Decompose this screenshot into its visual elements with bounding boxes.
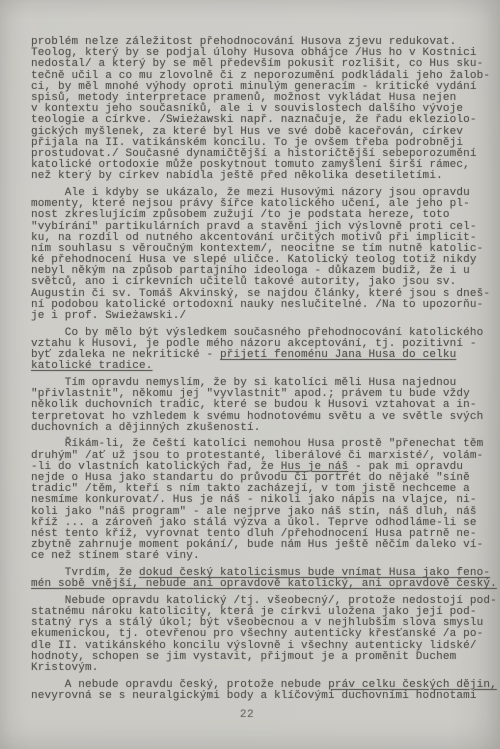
paragraph: problém nelze záležitost přehodnocování … (31, 37, 497, 182)
text-line: hodnoty, schopen se jim vystavit, přijmo… (31, 652, 497, 663)
text-segment: druhým" /ať už jsou to protestanté, libe… (31, 450, 483, 462)
text-segment: gických myšlenek, za které byl Hus ve sv… (31, 126, 463, 138)
text-segment: je i prof. Swieżawski./ (31, 310, 186, 322)
paragraph: Nebude opravdu katolický /tj. všeobecný/… (31, 596, 497, 674)
text-segment: Co by mělo být výsledkem současného přeh… (31, 327, 483, 339)
text-segment: - pak mi opravdu (348, 461, 463, 473)
text-segment: dle II. vatikánského koncilu výslovně i … (31, 640, 477, 652)
text-segment: -li do vlastních katolických řad, že (31, 461, 281, 473)
text-segment: tečně učil a co mu zlovolně či z neporoz… (31, 70, 490, 82)
text-segment: nedostal/ a který by se měl především po… (31, 58, 483, 70)
paragraph: Co by mělo být výsledkem současného přeh… (31, 328, 497, 373)
underlined-text: katolické tradice. (31, 360, 153, 372)
text-segment: terpretovat ho vzhledem k svému hodnotov… (31, 411, 483, 423)
underlined-text: přijetí fenoménu Jana Husa do celku (220, 349, 456, 361)
text-segment: Nebude opravdu katolický /tj. všeobecný/… (31, 595, 497, 607)
text-segment: Kristovým. (31, 662, 99, 674)
paragraph: Ale i kdyby se ukázalo, že mezi Husovými… (31, 188, 497, 322)
text-line: ce než stínem staré viny. (31, 551, 497, 562)
text-segment: "vybírání" partikulárních pravd a stavěn… (31, 221, 477, 233)
underlined-text: mén sobě vnější, nebude ani opravdově ka… (31, 578, 497, 590)
text-segment: ekumenickou, tj. otevřenou pro všechny a… (31, 628, 483, 640)
text-line: katolické tradice. (31, 361, 497, 372)
paragraph: Říkám-li, že čeští katolíci nemohou Husa… (31, 439, 497, 562)
text-segment: teologie a církve. /Swieżawski např. naz… (31, 114, 477, 126)
paragraph: Tvrdím, že dokud český katolicismus bude… (31, 568, 497, 590)
text-segment: koli jako "náš program" - ale nejprve ja… (31, 506, 477, 518)
text-segment: duchovních a dějinných zkušeností. (31, 422, 261, 434)
text-segment: A nebude opravdu český, protože nebude (31, 679, 328, 691)
text-segment: kříž ... a zároveň jako stálá výzva a úk… (31, 517, 477, 529)
underlined-text: Hus je náš (281, 461, 349, 473)
scanned-document-page: problém nelze záležitost přehodnocování … (0, 0, 500, 749)
paragraph: Tím opravdu nemyslím, že by si katolíci … (31, 378, 497, 434)
text-line: je i prof. Swieżawski./ (31, 311, 497, 322)
page-text: problém nelze záležitost přehodnocování … (31, 37, 497, 708)
text-segment: než který by církev nabídla ještě před n… (31, 170, 443, 182)
text-segment: přijala na II. vatikánském koncilu. To j… (31, 137, 463, 149)
text-segment: nevyrovná se s neuralgickými body a klíč… (31, 690, 477, 702)
text-line: než který by církev nabídla ještě před n… (31, 171, 497, 182)
text-line: mén sobě vnější, nebude ani opravdově ka… (31, 579, 497, 590)
paragraph: A nebude opravdu český, protože nebude p… (31, 680, 497, 702)
text-segment: nesmíme konkurovat/. Hus je náš - nikoli… (31, 494, 477, 506)
text-segment: ní podobou katolické ortodoxní nauky nes… (31, 299, 483, 311)
text-line: Kristovým. (31, 663, 497, 674)
text-segment: ce než stínem staré viny. (31, 550, 200, 562)
text-segment: ku, na rozdíl od nutného akcentování urč… (31, 232, 477, 244)
text-segment: několik duchovních tradic, které se budo… (31, 399, 477, 411)
text-segment: nost zkreslujícím způsobem zužují /to je… (31, 209, 450, 221)
text-segment: Augustin či sv. Tomáš Akvinský, se najdo… (31, 288, 490, 300)
page-number: 22 (0, 709, 494, 721)
text-segment: hodnoty, schopen se jim vystavit, přijmo… (31, 651, 456, 663)
text-segment: světců, ano i církevních učitelů takové … (31, 276, 456, 288)
text-line: nevyrovná se s neuralgickými body a klíč… (31, 691, 497, 702)
underlined-text: práv celku českých dějin, (328, 679, 497, 691)
text-segment: Říkám-li, že čeští katolíci nemohou Husa… (31, 438, 483, 450)
text-line: duchovních a dějinných zkušeností. (31, 423, 497, 434)
text-segment: ci, by měl mnohé výhody oproti minulým g… (31, 81, 477, 93)
